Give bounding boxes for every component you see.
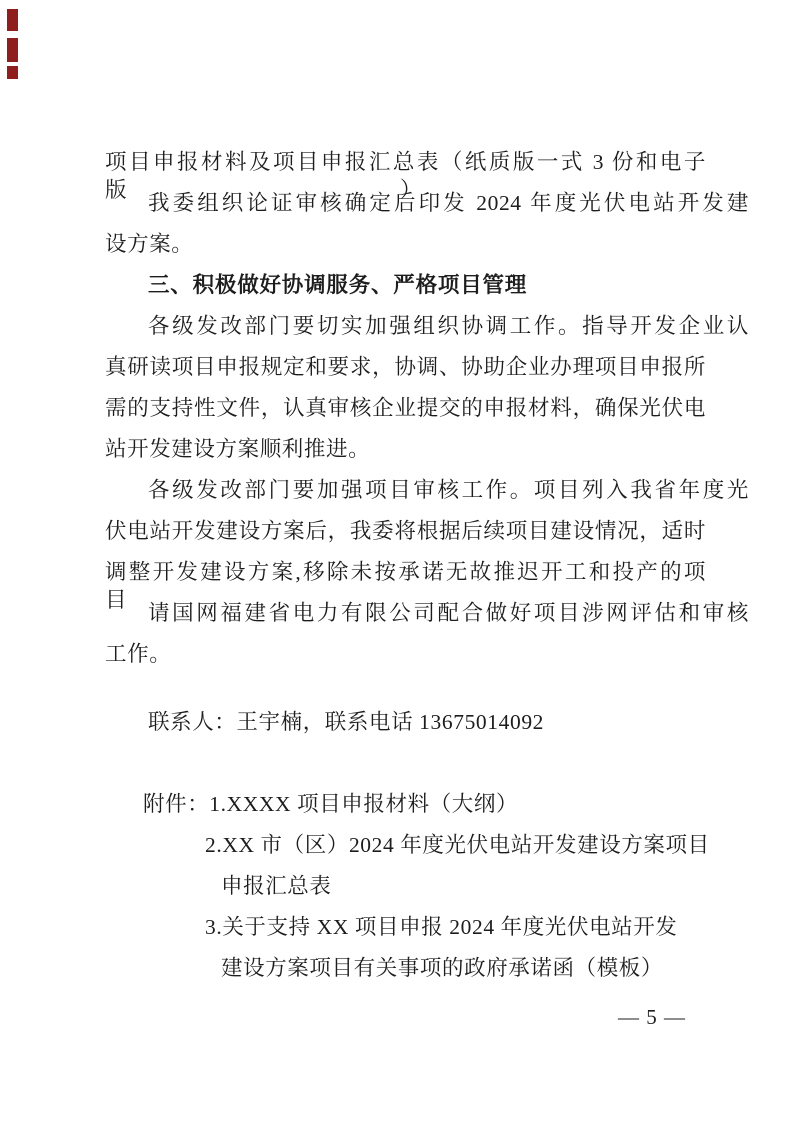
document-line: 联系人：王宇楠，联系电话 13675014092	[105, 708, 749, 736]
scan-artifact-mark	[7, 9, 18, 31]
document-line: 申报汇总表	[105, 872, 794, 900]
document-line: 站开发建设方案顺利推进。	[105, 435, 706, 463]
document-line: 2.XX 市（区）2024 年度光伏电站开发建设方案项目	[105, 831, 794, 859]
document-line: 附件：1.XXXX 项目申报材料（大纲）	[105, 790, 744, 818]
document-page: 项目申报材料及项目申报汇总表（纸质版一式 3 份和电子版）。我委组织论证审核确定…	[0, 0, 794, 1123]
document-line: 建设方案项目有关事项的政府承诺函（模板）	[105, 954, 794, 982]
page-number: — 5 —	[592, 1003, 712, 1031]
document-line: 需的支持性文件，认真审核企业提交的申报材料，确保光伏电	[105, 394, 706, 422]
section-heading: 三、积极做好协调服务、严格项目管理	[105, 271, 749, 299]
document-line: 3.关于支持 XX 项目申报 2024 年度光伏电站开发	[105, 913, 794, 941]
document-line: 设方案。	[105, 230, 706, 258]
scan-artifact-mark	[7, 66, 18, 79]
document-line: 各级发改部门要切实加强组织协调工作。指导开发企业认	[105, 312, 749, 340]
document-line: 真研读项目申报规定和要求，协调、协助企业办理项目申报所	[105, 353, 706, 381]
document-line: 伏电站开发建设方案后，我委将根据后续项目建设情况，适时	[105, 517, 706, 545]
document-line: 工作。	[105, 640, 706, 668]
document-line: 各级发改部门要加强项目审核工作。项目列入我省年度光	[105, 476, 749, 504]
document-line: 请国网福建省电力有限公司配合做好项目涉网评估和审核	[105, 599, 749, 627]
scan-artifact-mark	[7, 38, 18, 62]
document-line: 我委组织论证审核确定后印发 2024 年度光伏电站开发建	[105, 189, 749, 217]
